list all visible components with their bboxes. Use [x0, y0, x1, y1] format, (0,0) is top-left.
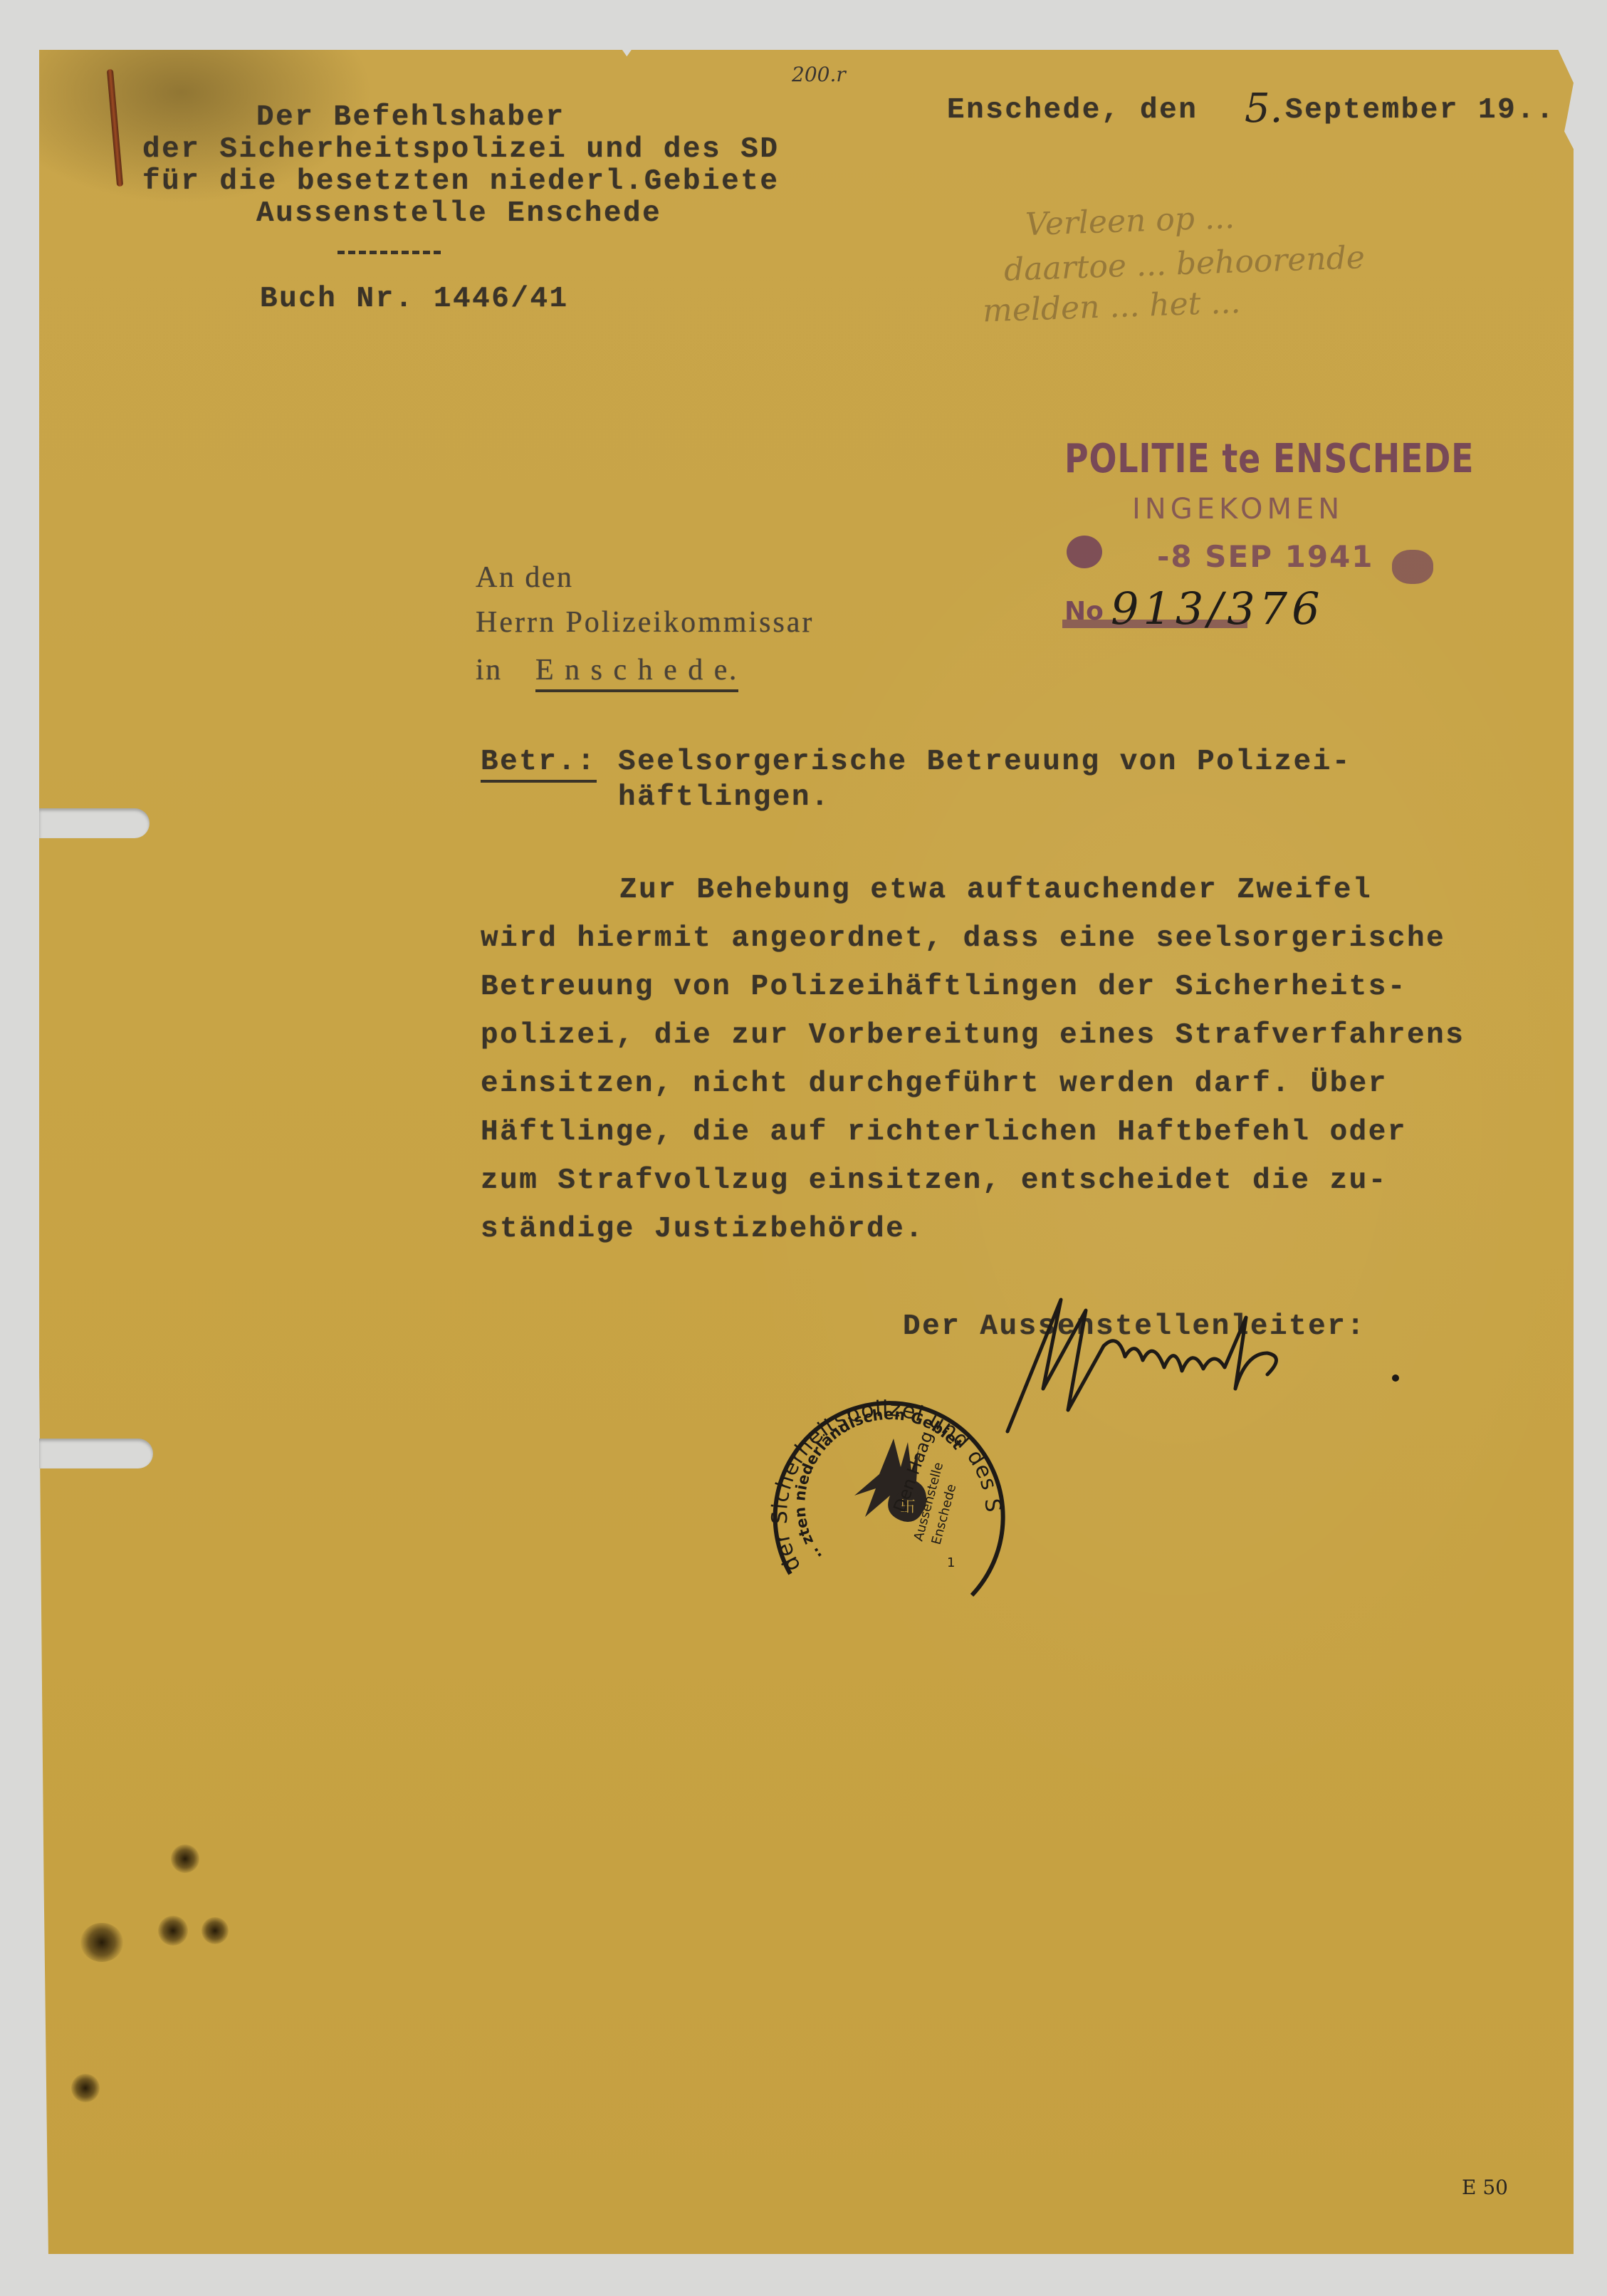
- letterhead-line-2: der Sicherheitspolizei und des SD: [142, 135, 779, 165]
- subject-line-2: häftlingen.: [618, 783, 830, 813]
- subject-line-1: Seelsorgerische Betreuung von Polizei-: [618, 748, 1351, 777]
- body-line: wird hiermit angeordnet, dass eine seels…: [481, 924, 1445, 954]
- stamp-emblem-right: [1392, 550, 1433, 584]
- burn-mark: [80, 1923, 123, 1962]
- document-page: [39, 50, 1574, 2254]
- body-line: Betreuung von Polizeihäftlingen der Sich…: [481, 973, 1407, 1002]
- official-seal: der Sicherheitspolizei und des SD .. zte…: [758, 1360, 1015, 1617]
- binder-slot-top: [39, 808, 150, 838]
- archive-mark: E 50: [1462, 2176, 1508, 2199]
- signature-icon: [968, 1289, 1424, 1439]
- body-line: zum Strafvollzug einsitzen, entscheidet …: [481, 1167, 1388, 1196]
- letterhead-line-4: Aussenstelle Enschede: [256, 199, 661, 229]
- stamp-emblem-left: [1067, 536, 1102, 568]
- date-month-year: September 19..: [1285, 96, 1555, 125]
- pencil-line-1: Verleen op ...: [1025, 199, 1235, 243]
- handwritten-note-top: 200.r: [792, 63, 846, 86]
- burn-mark: [71, 2074, 100, 2102]
- seal-icon: der Sicherheitspolizei und des SD .. zte…: [758, 1360, 1015, 1617]
- burn-mark: [201, 1917, 229, 1944]
- recipient-line-1: An den: [476, 563, 573, 593]
- stamp-number-handwritten: 913/376: [1111, 583, 1324, 635]
- stamp-line-1: POLITIE te ENSCHEDE: [1064, 436, 1474, 482]
- body-line: Häftlinge, die auf richterlichen Haftbef…: [481, 1118, 1407, 1147]
- burn-mark: [158, 1916, 188, 1946]
- stamp-number-prefix: No: [1064, 597, 1104, 626]
- svg-text:1: 1: [947, 1555, 955, 1570]
- body-line: Zur Behebung etwa auftauchender Zweifel: [619, 876, 1372, 905]
- burn-mark: [171, 1844, 199, 1873]
- reference-number: Buch Nr. 1446/41: [260, 285, 569, 314]
- body-line: einsitzen, nicht durchgeführt werden dar…: [481, 1070, 1388, 1099]
- body-line: polizei, die zur Vorbereitung eines Stra…: [481, 1021, 1465, 1050]
- signature: [968, 1289, 1424, 1439]
- letterhead-line-1: Der Befehlshaber: [256, 103, 565, 132]
- letterhead-line-3: für die besetzten niederl.Gebiete: [142, 167, 779, 197]
- body-line: ständige Justizbehörde.: [481, 1215, 924, 1244]
- recipient-line-3-prefix: in: [476, 655, 503, 685]
- stamp-line-2: INGEKOMEN: [1132, 493, 1344, 526]
- binder-slot-bottom: [39, 1439, 153, 1468]
- date-day-handwritten: 5.: [1245, 85, 1282, 132]
- letterhead-separator: [337, 251, 441, 254]
- date-prefix: Enschede, den: [947, 96, 1198, 125]
- recipient-city: E n s c h e d e.: [535, 655, 738, 692]
- subject-label: Betr.:: [481, 748, 597, 783]
- recipient-line-2: Herrn Polizeikommissar: [476, 607, 814, 637]
- stamp-date: -8 SEP 1941: [1157, 539, 1374, 574]
